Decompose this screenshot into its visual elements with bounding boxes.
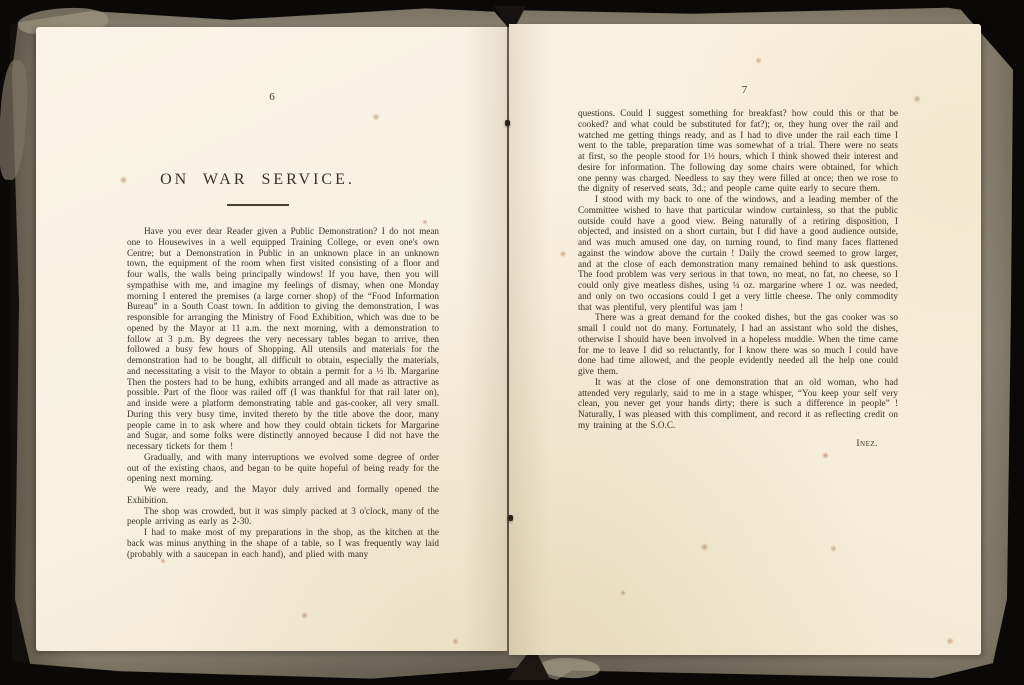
paragraph: Have you ever dear Reader given a Public… bbox=[127, 226, 439, 452]
left-text-block: Have you ever dear Reader given a Public… bbox=[127, 226, 439, 559]
foxing-spot bbox=[822, 452, 829, 459]
author-signature: Inez. bbox=[578, 439, 898, 450]
page-right: 7 questions. Could I suggest something f… bbox=[509, 24, 981, 655]
page-left: 6 ON WAR SERVICE. Have you ever dear Rea… bbox=[36, 27, 509, 651]
paragraph: I stood with my back to one of the windo… bbox=[578, 194, 898, 312]
document-title: ON WAR SERVICE. bbox=[36, 171, 479, 189]
title-rule bbox=[227, 204, 289, 206]
foxing-spot bbox=[160, 558, 166, 564]
paragraph: Gradually, and with many interruptions w… bbox=[127, 452, 439, 484]
foxing-spot bbox=[300, 612, 309, 619]
foxing-spot bbox=[755, 57, 762, 64]
foxing-spot bbox=[372, 113, 380, 121]
foxing-spot bbox=[946, 637, 954, 645]
paragraph: questions. Could I suggest something for… bbox=[578, 108, 898, 194]
foxing-spot bbox=[120, 175, 127, 185]
paragraph: The shop was crowded, but it was simply … bbox=[127, 506, 439, 528]
staple bbox=[505, 120, 510, 126]
foxing-spot bbox=[700, 543, 709, 551]
foxing-spot bbox=[830, 545, 837, 552]
paragraph: It was at the close of one demonstration… bbox=[578, 377, 898, 431]
paragraph: I had to make most of my preparations in… bbox=[127, 527, 439, 559]
gutter-shadow bbox=[463, 27, 509, 651]
foxing-spot bbox=[560, 250, 566, 258]
foxing-spot bbox=[620, 590, 626, 596]
foxing-spot bbox=[452, 638, 459, 645]
foxing-spot bbox=[422, 219, 428, 225]
title-block: ON WAR SERVICE. bbox=[36, 171, 479, 206]
page-number-left: 6 bbox=[36, 91, 509, 103]
right-text-block: questions. Could I suggest something for… bbox=[578, 108, 898, 449]
paragraph: We were ready, and the Mayor duly arrive… bbox=[127, 484, 439, 506]
page-number-right: 7 bbox=[509, 84, 981, 96]
paragraph: There was a great demand for the cooked … bbox=[578, 312, 898, 377]
gutter-shadow bbox=[509, 24, 549, 655]
staple bbox=[508, 515, 513, 521]
foxing-spot bbox=[913, 95, 921, 103]
